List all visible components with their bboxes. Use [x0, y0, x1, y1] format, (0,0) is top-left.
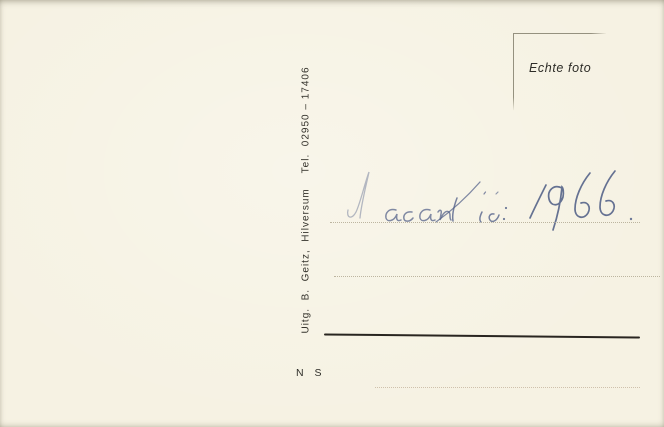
echte-foto-label: Echte foto — [529, 61, 591, 75]
address-line-1 — [330, 222, 640, 223]
address-line-3 — [375, 387, 640, 388]
postcard-back: Echte foto Uitg. B. Geitz, Hilversum Tel… — [0, 0, 664, 427]
handwritten-note: Vacantie: 1966. — [332, 160, 652, 245]
ns-initials: N S — [296, 367, 326, 379]
handwriting-strokes — [332, 160, 652, 245]
stamp-corner-box: Echte foto — [513, 33, 606, 110]
address-line-2 — [334, 276, 660, 277]
stamp-box-left-line — [513, 97, 514, 111]
solid-divider-rule — [324, 333, 640, 338]
publisher-imprint: Uitg. B. Geitz, Hilversum Tel. 02950 – 1… — [301, 66, 312, 333]
stamp-box-top-line — [591, 33, 607, 34]
